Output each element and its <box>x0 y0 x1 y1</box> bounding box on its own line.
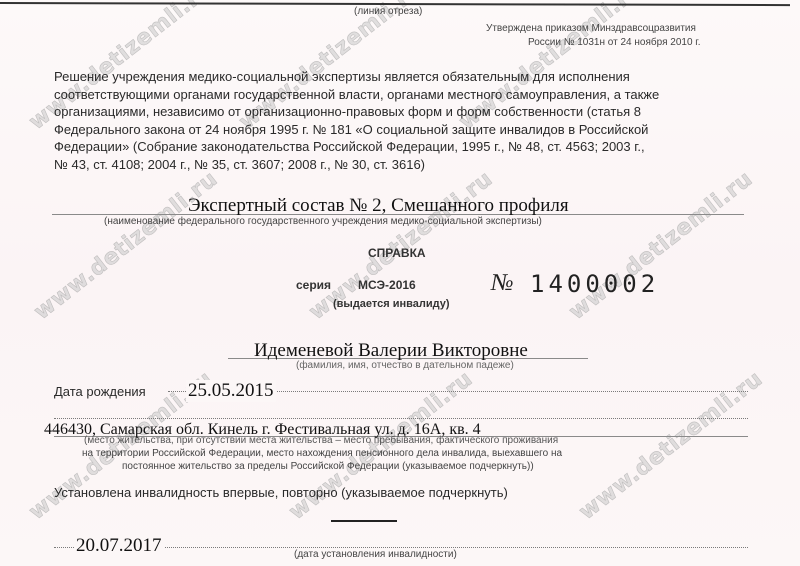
number-sign: № <box>491 270 514 297</box>
institution-caption: (наименование федерального государственн… <box>104 216 542 227</box>
address-caption-1: (место жительства, при отсутствии места … <box>84 435 558 446</box>
legal-line: Федерации» (Собрание законодательства Ро… <box>54 138 748 156</box>
watermark: www.detizemli.ru <box>565 167 758 325</box>
underline-mark <box>331 520 397 522</box>
cut-line-label: (линия отреза) <box>354 6 422 17</box>
institution-value: Экспертный состав № 2, Смешанного профил… <box>188 195 569 217</box>
birth-date-label: Дата рождения <box>54 383 146 401</box>
address-caption-2: на территории Российской Федерации, мест… <box>82 448 562 459</box>
legal-line: соответствующими органами государственно… <box>54 86 748 104</box>
disability-date-caption: (дата установления инвалидности) <box>294 549 457 560</box>
certificate-page: www.detizemli.ru www.detizemli.ru www.de… <box>0 0 800 566</box>
certificate-title: СПРАВКА <box>368 246 426 260</box>
disability-status-text: Установлена инвалидность впервые, повтор… <box>54 484 508 502</box>
series-label: серия <box>296 278 331 292</box>
legal-line: Федерального закона от 24 ноября 1995 г.… <box>54 121 748 139</box>
series-value: МСЭ-2016 <box>358 278 416 292</box>
approval-line-1: Утверждена приказом Минздравсоцразвития <box>486 23 696 34</box>
certificate-number: 1400002 <box>530 270 659 298</box>
disability-date-value: 20.07.2017 <box>74 535 164 557</box>
person-name: Идеменевой Валерии Викторовне <box>254 340 528 362</box>
legal-line: № 43, ст. 4108; 2004 г., № 35, ст. 3607;… <box>54 156 748 174</box>
issued-to-note: (выдается инвалиду) <box>333 298 450 310</box>
watermark: www.detizemli.ru <box>30 167 223 325</box>
legal-line: организациями, независимо от организацио… <box>54 103 748 121</box>
blank-line <box>54 418 748 419</box>
legal-paragraph: Решение учреждения медико-социальной экс… <box>54 68 748 173</box>
birth-date-value: 25.05.2015 <box>186 380 276 402</box>
approval-line-2: России № 1031н от 24 ноября 2010 г. <box>528 37 701 48</box>
legal-line: Решение учреждения медико-социальной экс… <box>54 68 748 86</box>
address-caption-3: постоянное жительство за пределы Российс… <box>122 461 534 472</box>
